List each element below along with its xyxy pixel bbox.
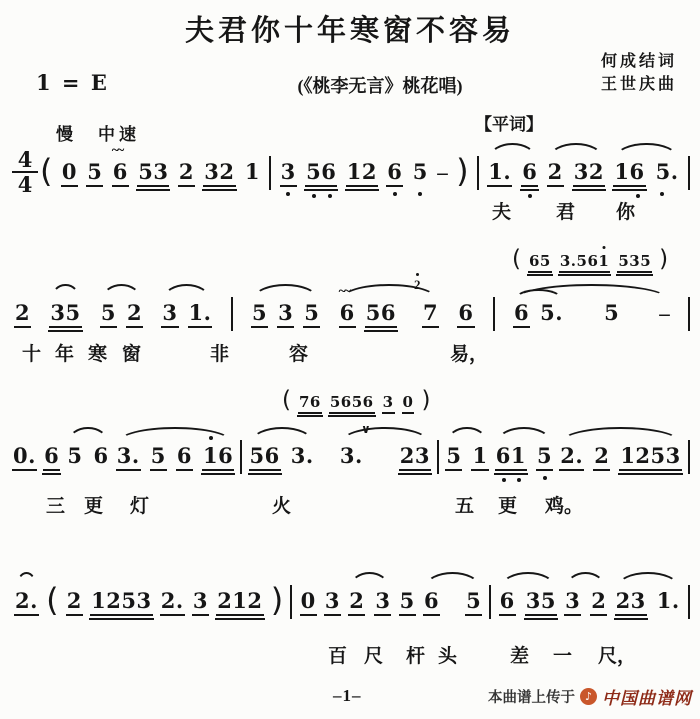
note-number: 3 [162,300,177,325]
note: 56 [305,160,337,184]
paren-symbol: ( [512,250,521,269]
barline [240,440,242,474]
slur-group: 65 [423,589,482,613]
upload-note-text: 本曲谱上传于 [488,686,575,707]
section-label: 【平词】 [475,110,543,135]
lyric-syllable: 尺， [598,641,636,668]
page-number: –1– [333,686,362,706]
note-number: 56 [306,159,336,184]
grace-high-dot [416,273,419,276]
note: 23 [399,444,431,468]
barline [477,156,479,190]
page-title: 夫君你十年寒窗不容易 [0,8,700,49]
note-number: 35 [526,588,556,613]
note: 5 [465,589,482,613]
note: 3 [564,589,581,613]
note-number: 16 [203,443,233,468]
note-number: 3 [193,588,208,613]
lyrics-line-3: 三更灯火五更鸡。 [0,491,700,515]
note: 2. [160,589,185,613]
lyric-syllable: 十 [22,339,41,366]
note-number: 2 [591,588,606,613]
note: 5656 [329,393,375,412]
slur-group: 165. [613,160,679,184]
slur-group: 232 [547,160,605,184]
lyric-syllable: 尺 [364,641,383,668]
lyrics-line-1: 夫君你 [0,197,700,221]
sheet-music-page: 夫君你十年寒窗不容易 1 = E (《桃李无言》桃花唱) 何成结词 王世庆曲 慢… [0,0,700,719]
paren-symbol: ( [46,587,58,613]
note: 5 [100,301,117,325]
slur-group: 3.5616 [116,444,234,468]
note: 65 [528,252,552,271]
lyric-syllable: 夫 [492,197,511,224]
barline [437,440,439,474]
note: 16 [202,444,234,468]
score-line-3: 0.6563.5616563.3.∨23516152.21253 [12,444,690,474]
note: 0. [12,444,37,468]
slur-group: 231. [615,589,681,613]
note-number: 3 [565,588,580,613]
note-number: 6 [514,300,529,325]
note: 32 [573,160,605,184]
note-number: 1253 [91,588,151,613]
barline [688,440,690,474]
note-number: 32 [204,159,234,184]
grace-insert-2: (76565630) [282,393,430,412]
note: 6 [176,444,193,468]
note: 5 [445,444,462,468]
lyric-syllable: 易， [450,339,488,366]
note-number: 65 [529,252,551,270]
note-number: 3 [375,588,390,613]
note-number: 7 [423,300,438,325]
lyric-syllable: 寒 [88,339,107,366]
held-note-dash: – [659,301,670,325]
low-octave-dot [418,192,422,196]
lyric-syllable: 非 [210,339,229,366]
slur-group: 51 [445,444,488,468]
slur-group: 31. [161,301,212,325]
tremolo-ornament: ~~ [339,284,350,300]
note: 35 [49,301,81,325]
note: 2 [126,301,143,325]
note-number: 35 [50,300,80,325]
lyric-syllable: 三 [46,491,65,518]
note: 0 [300,589,317,613]
lyric-syllable: 百 [328,641,347,668]
note: 32 [203,160,235,184]
slur-group: 6~~5672 [339,301,439,325]
held-note-dash: – [437,160,448,184]
note: 56 [249,444,281,468]
note-number: 3 [281,159,296,184]
note-number: 16 [614,159,644,184]
barline [493,297,495,331]
note: 2 [348,589,365,613]
note-number: 212 [217,588,262,613]
score-line-4: 2.(212532.3212)032356563532231. [14,589,690,619]
note: 61 [495,444,527,468]
slur-group: 65.5– [513,301,670,325]
low-octave-dot [517,478,521,482]
lyric-syllable: 火 [272,491,291,518]
note-number: 6 [522,159,537,184]
note-number: 6 [458,300,473,325]
note: 6 [457,301,474,325]
note: 5 [86,160,103,184]
note-number: 6 [387,159,402,184]
note-number: 1. [657,588,680,613]
note-number: 3 [325,588,340,613]
slur-group: 65. [513,301,564,325]
note: 5 [399,589,416,613]
slur-group: 23 [348,589,391,613]
note: 5 [66,444,83,468]
slur-group: 3.∨23 [339,444,431,468]
paren-symbol: ) [271,587,283,613]
note: 2 [178,160,195,184]
note-number: 0. [13,443,36,468]
grace-note: 2 [414,273,421,293]
note-number: 5 [446,443,461,468]
paren-symbol: ( [282,391,291,410]
note-number: 5. [540,300,563,325]
note-number: 5 [400,588,415,613]
note-number: 5 [151,443,166,468]
note-number: 1 [472,443,487,468]
slur-group: 535 [251,301,320,325]
note: 6~~ [339,301,356,325]
note-number: 2 [15,300,30,325]
note: 6 [423,589,440,613]
note-number: 32 [574,159,604,184]
note: 3 [324,589,341,613]
note: 3 [161,301,178,325]
lyrics-line-2: 十年寒窗非容易， [0,339,700,363]
note: 56 [365,301,397,325]
note: 6 [499,589,516,613]
low-octave-dot [286,192,290,196]
lyric-syllable: 一 [553,641,572,668]
low-octave-dot [543,476,547,480]
slur-group: 52 [100,301,143,325]
note: 5 [251,301,268,325]
score-line-1: (056~~5323213561265–)1.6232165. [40,160,690,190]
note-number: 5 [537,443,552,468]
barline [231,297,233,331]
note: 2 [593,444,610,468]
time-sig-numerator: 4 [12,149,38,170]
note-number: 6 [340,300,355,325]
note: 6 [93,444,110,468]
note: 12 [346,160,378,184]
grace-insert-1: (653.561535) [512,252,668,271]
note-number: 56 [366,300,396,325]
slur-group: 32 [564,589,607,613]
slur-group: 563. [249,444,315,468]
high-octave-dot [602,246,605,249]
score-line-2: 2355231.5356~~5672665.5– [14,301,690,331]
lyric-syllable: 灯 [130,491,149,518]
lyric-syllable: 窗 [122,339,141,366]
note: 3 [382,393,395,412]
paren-symbol: ) [659,250,668,269]
barline [688,156,690,190]
lyric-syllable: 杆 [406,641,425,668]
note: 6 [513,301,530,325]
note: 6~~ [112,160,129,184]
slur-group: 2.21253 [559,444,682,468]
note: 1253 [90,589,152,613]
note: 2 [66,589,83,613]
note: 35 [525,589,557,613]
note: 5 [536,444,553,468]
note: 3 [374,589,391,613]
note-number: 5 [252,300,267,325]
note: 0 [61,160,78,184]
tempo-marking: 慢 中速 [56,120,140,145]
composer-credit: 王世庆曲 [601,73,677,96]
paren-symbol: ( [40,158,52,184]
note-number: 1. [488,159,511,184]
note-number: 0 [62,159,77,184]
note: 1253 [619,444,681,468]
note: 5 [412,160,429,184]
note-number: 2. [15,588,38,613]
note-number: 5656 [330,393,374,411]
note: 5 [150,444,167,468]
note: 212 [216,589,263,613]
note: 3 [277,301,294,325]
note: 3 [280,160,297,184]
note-number: 6 [94,443,109,468]
note: 2 [547,160,564,184]
lyric-syllable: 差 [510,641,529,668]
lyric-syllable: 五 [455,491,474,518]
note-number: 2 [594,443,609,468]
site-name: 中国曲谱网 [602,684,692,709]
note-number: 23 [616,588,646,613]
note: 1. [188,301,213,325]
barline [489,585,491,619]
lyric-syllable: 年 [55,339,74,366]
note-number: 3.561 [560,252,609,270]
note-number: 3 [383,393,394,411]
note: 3.561 [559,252,610,271]
lyric-syllable: 更 [84,491,103,518]
note-number: 6 [177,443,192,468]
note-number: 1 [245,159,260,184]
paren-symbol: ) [421,391,430,410]
tremolo-ornament: ~~ [112,143,123,159]
note: 16 [613,160,645,184]
note: 1 [471,444,488,468]
lyrics-line-4: 百尺杆头差一尺， [0,641,700,665]
note-number: 5. [656,159,679,184]
note-number: 6 [113,159,128,184]
lyric-syllable: 你 [616,197,635,224]
low-octave-dot [660,192,664,196]
note-number: 1253 [620,443,680,468]
source-note: (《桃李无言》桃花唱) [0,72,700,98]
note-number: 23 [400,443,430,468]
barline [688,297,690,331]
note-number: 1. [189,300,212,325]
barline [269,156,271,190]
time-sig-denominator: 4 [12,174,38,195]
note: 2 [590,589,607,613]
note: 5 [303,301,320,325]
lyric-syllable: 头 [438,641,457,668]
note-number: 2. [161,588,184,613]
note-number: 5 [604,300,619,325]
note-number: 535 [618,252,651,270]
note-number: 53 [138,159,168,184]
note-number: 56 [250,443,280,468]
note: 0 [402,393,415,412]
note: 2. [14,589,39,613]
note: 5. [655,160,680,184]
breath-mark: ∨ [361,422,371,437]
slur-group: 35 [49,301,81,325]
note-number: 76 [299,393,321,411]
note: 535 [617,252,652,271]
slur-group: 56 [66,444,109,468]
note-number: 3. [340,443,363,468]
slur-group: 615 [495,444,553,468]
note: 5 [603,301,620,325]
note: 3. [116,444,141,468]
high-octave-dot [209,436,213,440]
note-number: 5 [67,443,82,468]
lyric-syllable: 更 [498,491,517,518]
lyricist-credit: 何成结词 [601,50,677,73]
note: 3.∨ [339,444,364,468]
credits: 何成结词 王世庆曲 [601,50,677,96]
note-number: 61 [496,443,526,468]
note: 3 [192,589,209,613]
note-number: 0 [301,588,316,613]
note-number: 5 [466,588,481,613]
note: 6 [43,444,60,468]
note-number: 5 [304,300,319,325]
low-octave-dot [502,478,506,482]
note: 1 [244,160,261,184]
note-number: 6 [44,443,59,468]
note: 6 [386,160,403,184]
slur-group: 2. [14,589,39,613]
note: 53 [137,160,169,184]
lyric-syllable: 鸡。 [545,491,583,518]
note-number: 5 [101,300,116,325]
note: 6 [521,160,538,184]
note-number: 12 [347,159,377,184]
note-number: 2 [179,159,194,184]
time-signature: 4 4 [12,149,38,195]
music-note-icon: ♪ [580,688,597,705]
note: 1. [487,160,512,184]
note-number: 2 [548,159,563,184]
slur-group: 1.6 [487,160,538,184]
note-number: 5 [87,159,102,184]
note-number: 2 [127,300,142,325]
note-number: 2. [560,443,583,468]
note-number: 6 [500,588,515,613]
note: 3. [290,444,315,468]
low-octave-dot [393,192,397,196]
note-number: 2 [349,588,364,613]
slur-group: 635 [499,589,557,613]
note-number: 3. [291,443,314,468]
note: 23 [615,589,647,613]
note-number: 2 [67,588,82,613]
paren-symbol: ) [456,158,468,184]
barline [290,585,292,619]
lyric-syllable: 君 [556,197,575,224]
note: 1. [656,589,681,613]
note: 76 [298,393,322,412]
note: 2. [559,444,584,468]
note-number: 0 [403,393,414,411]
note-number: 3. [117,443,140,468]
note-number: 6 [424,588,439,613]
note-number: 5 [413,159,428,184]
upload-watermark: 本曲谱上传于 ♪ 中国曲谱网 [488,684,692,709]
lyric-syllable: 容 [289,339,308,366]
note: 72 [422,301,439,325]
note: 5. [539,301,564,325]
note-number: 3 [278,300,293,325]
barline [688,585,690,619]
note: 2 [14,301,31,325]
